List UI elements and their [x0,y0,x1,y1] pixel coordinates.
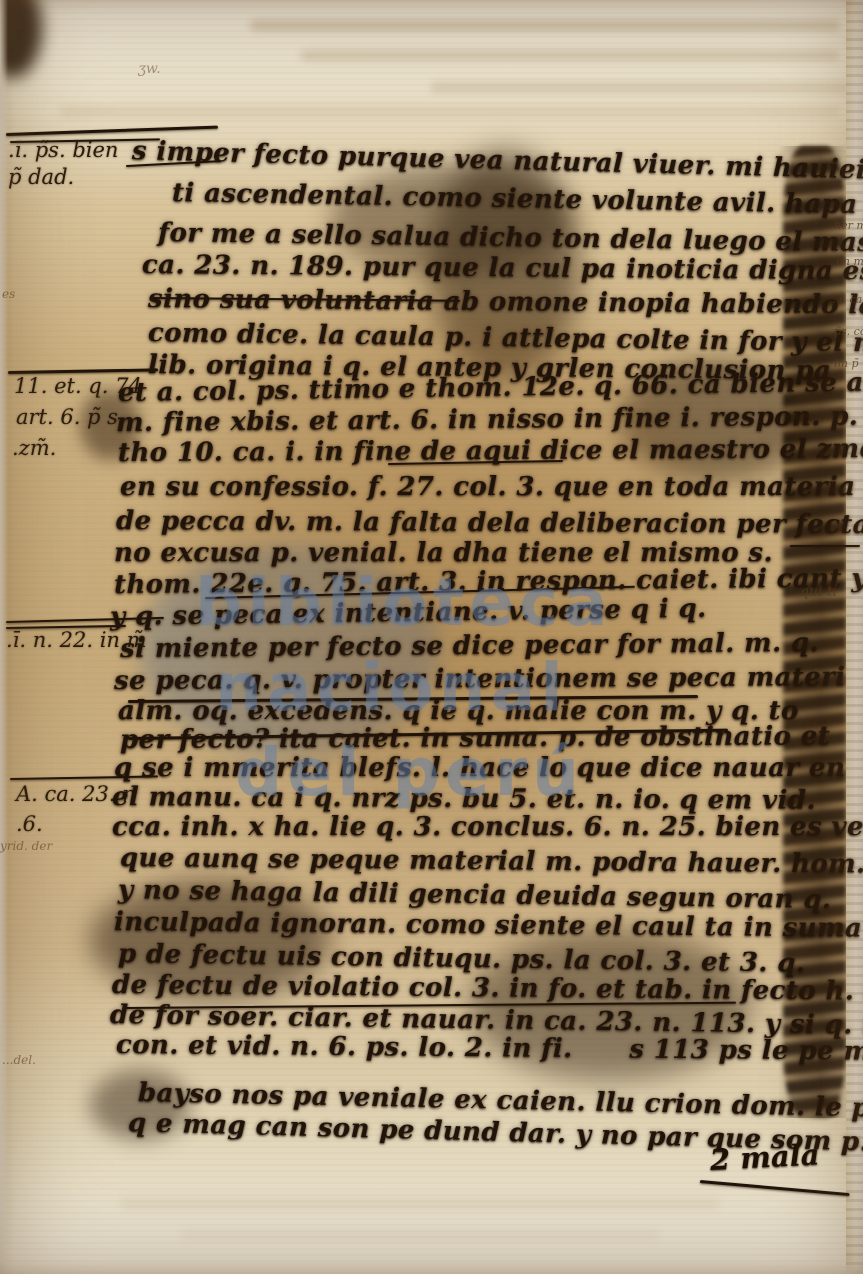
ink-layer: .ī. p̃s. bien p̃ dad. 11. et. q. 74 art.… [0,0,863,1274]
right-edge-note: qui ti [800,585,837,599]
text-line: se peca. q. v. propter intentionem se pe… [114,664,846,694]
text-line: si miente per fecto se dice pecar for ma… [120,630,819,662]
text-line: de fectu de violatio col. 3. in fo. et t… [112,972,863,1005]
text-line: no excusa p. venial. la dha tiene el mis… [114,540,773,566]
margin-note: .ī. p̃s. bien [8,140,118,161]
left-edge-mark: yrid. der [0,840,52,852]
margin-note: art. 6. p̃ s [16,407,118,428]
text-line: per fecto? ita caiet. in suma. p. de obs… [120,723,830,753]
text-line: alm. oq. excedens. q ie q. malie con m. … [118,698,799,724]
right-edge-note: her mo [834,220,863,231]
text-line: y q. se peca ex intentiane. v. perse q i… [110,596,707,630]
left-edge-mark: ...del. [2,1054,36,1066]
top-ink-squiggle: ʒw. [138,62,161,76]
right-edge-note: im ma [836,256,863,267]
margin-note: .zm̃. [12,438,56,459]
text-line: que aunq se peque material m. podra haue… [120,845,863,878]
text-line: tho 10. ca. i. in fine de aqui dice el m… [118,436,863,466]
text-line: en su confessio. f. 27. col. 3. que en t… [120,474,855,500]
text-line: q se i mmerita blefs. l. hace lo que dic… [114,755,845,781]
text-line: cca. inh. x ha. lie q. 3. conclus. 6. n.… [112,814,863,840]
margin-note: .6. [16,814,43,835]
text-line: de pecca dv. m. la falta dela deliberaci… [116,508,863,538]
text-line: ti ascendental. como siente volunte avil… [172,180,863,219]
right-edge-note: im p̃ [834,358,859,369]
margin-note: p̃ dad. [8,167,74,188]
right-edge-note: p̃s. col [834,326,863,337]
manuscript-page: .ī. p̃s. bien p̃ dad. 11. et. q. 74 art.… [0,0,863,1274]
catchword: 2 mala [709,1140,820,1175]
text-line: m. fine xbis. et art. 6. in nisso in fin… [116,403,863,436]
left-edge-mark: es [2,288,15,300]
text-line: thom. 22e. q. 75. art. 3. in respon. cai… [114,564,863,598]
ink-rule [790,545,860,547]
ink-rule [6,126,218,136]
text-line: sino sua voluntaria ab omone inopia habi… [148,286,863,319]
right-edge-note: . i. ca. i [832,294,863,305]
catchword-underline [700,1180,850,1196]
text-line: con. et vid. n. 6. ps. lo. 2. in fi. s 1… [116,1032,863,1065]
text-line: ca. 23. n. 189. pur que la cul pa inotic… [142,252,863,285]
text-line: inculpada ignoran. como siente el caul t… [114,909,862,942]
text-line: el manu. ca i q. nrz ps. bu 5. et. n. io… [112,784,816,814]
